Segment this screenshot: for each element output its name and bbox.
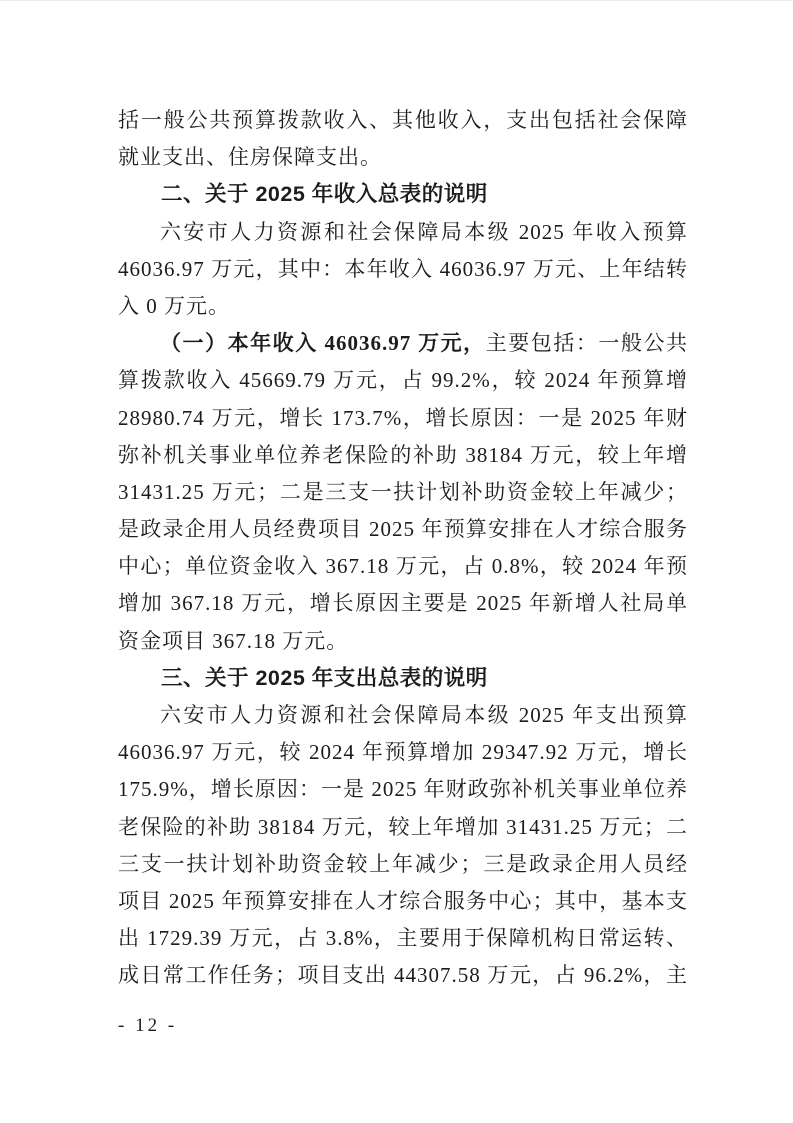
text-line: 三、关于 2025 年支出总表的说明 [118,660,688,697]
text-line: 老保险的补助 38184 万元，较上年增加 31431.25 万元；二是 [118,809,688,846]
text-line: 弥补机关事业单位养老保险的补助 38184 万元，较上年增加 [118,437,688,474]
text-line: 出 1729.39 万元，占 3.8%，主要用于保障机构日常运转、完 [118,920,688,957]
paragraph: 括一般公共预算拨款收入、其他收入，支出包括社会保障和就业支出、住房保障支出。 [118,102,688,176]
bold-text: （一）本年收入 46036.97 万元， [160,331,486,355]
page-number: - 12 - [118,1015,177,1037]
text-line: 中心；单位资金收入 367.18 万元，占 0.8%，较 2024 年预算 [118,548,688,585]
text-line: 28980.74 万元，增长 173.7%，增长原因：一是 2025 年财政 [118,400,688,437]
text-line: 31431.25 万元；二是三支一扶计划补助资金较上年减少；三 [118,474,688,511]
text-line: 二、关于 2025 年收入总表的说明 [118,176,688,213]
paragraph: （一）本年收入 46036.97 万元，主要包括：一般公共预算拨款收入 4566… [118,325,688,660]
text-line: 六安市人力资源和社会保障局本级 2025 年收入预算 [118,214,688,251]
text-line: 175.9%，增长原因：一是 2025 年财政弥补机关事业单位养 [118,771,688,808]
text-line: 就业支出、住房保障支出。 [118,139,688,176]
text-line: （一）本年收入 46036.97 万元，主要包括：一般公共预 [118,325,688,362]
paragraph: 六安市人力资源和社会保障局本级 2025 年支出预算46036.97 万元，较 … [118,697,688,995]
section-heading: 三、关于 2025 年支出总表的说明 [118,660,688,697]
text-line: 46036.97 万元，其中：本年收入 46036.97 万元、上年结转收 [118,251,688,288]
section-heading: 二、关于 2025 年收入总表的说明 [118,176,688,213]
text-line: 入 0 万元。 [118,288,688,325]
text-line: 六安市人力资源和社会保障局本级 2025 年支出预算 [118,697,688,734]
text-line: 三支一扶计划补助资金较上年减少；三是政录企用人员经费 [118,846,688,883]
text-line: 成日常工作任务；项目支出 44307.58 万元，占 96.2%，主要 [118,957,688,994]
text-line: 是政录企用人员经费项目 2025 年预算安排在人才综合服务 [118,511,688,548]
paragraph: 六安市人力资源和社会保障局本级 2025 年收入预算46036.97 万元，其中… [118,214,688,326]
text-line: 资金项目 367.18 万元。 [118,623,688,660]
document-page: 括一般公共预算拨款收入、其他收入，支出包括社会保障和就业支出、住房保障支出。二、… [0,0,793,1123]
document-content: 括一般公共预算拨款收入、其他收入，支出包括社会保障和就业支出、住房保障支出。二、… [118,102,688,995]
text-line: 增加 367.18 万元，增长原因主要是 2025 年新增人社局单位 [118,585,688,622]
text-line: 项目 2025 年预算安排在人才综合服务中心；其中，基本支 [118,883,688,920]
text-line: 算拨款收入 45669.79 万元，占 99.2%，较 2024 年预算增加 [118,362,688,399]
text-line: 括一般公共预算拨款收入、其他收入，支出包括社会保障和 [118,102,688,139]
text-line: 46036.97 万元，较 2024 年预算增加 29347.92 万元，增长 [118,734,688,771]
